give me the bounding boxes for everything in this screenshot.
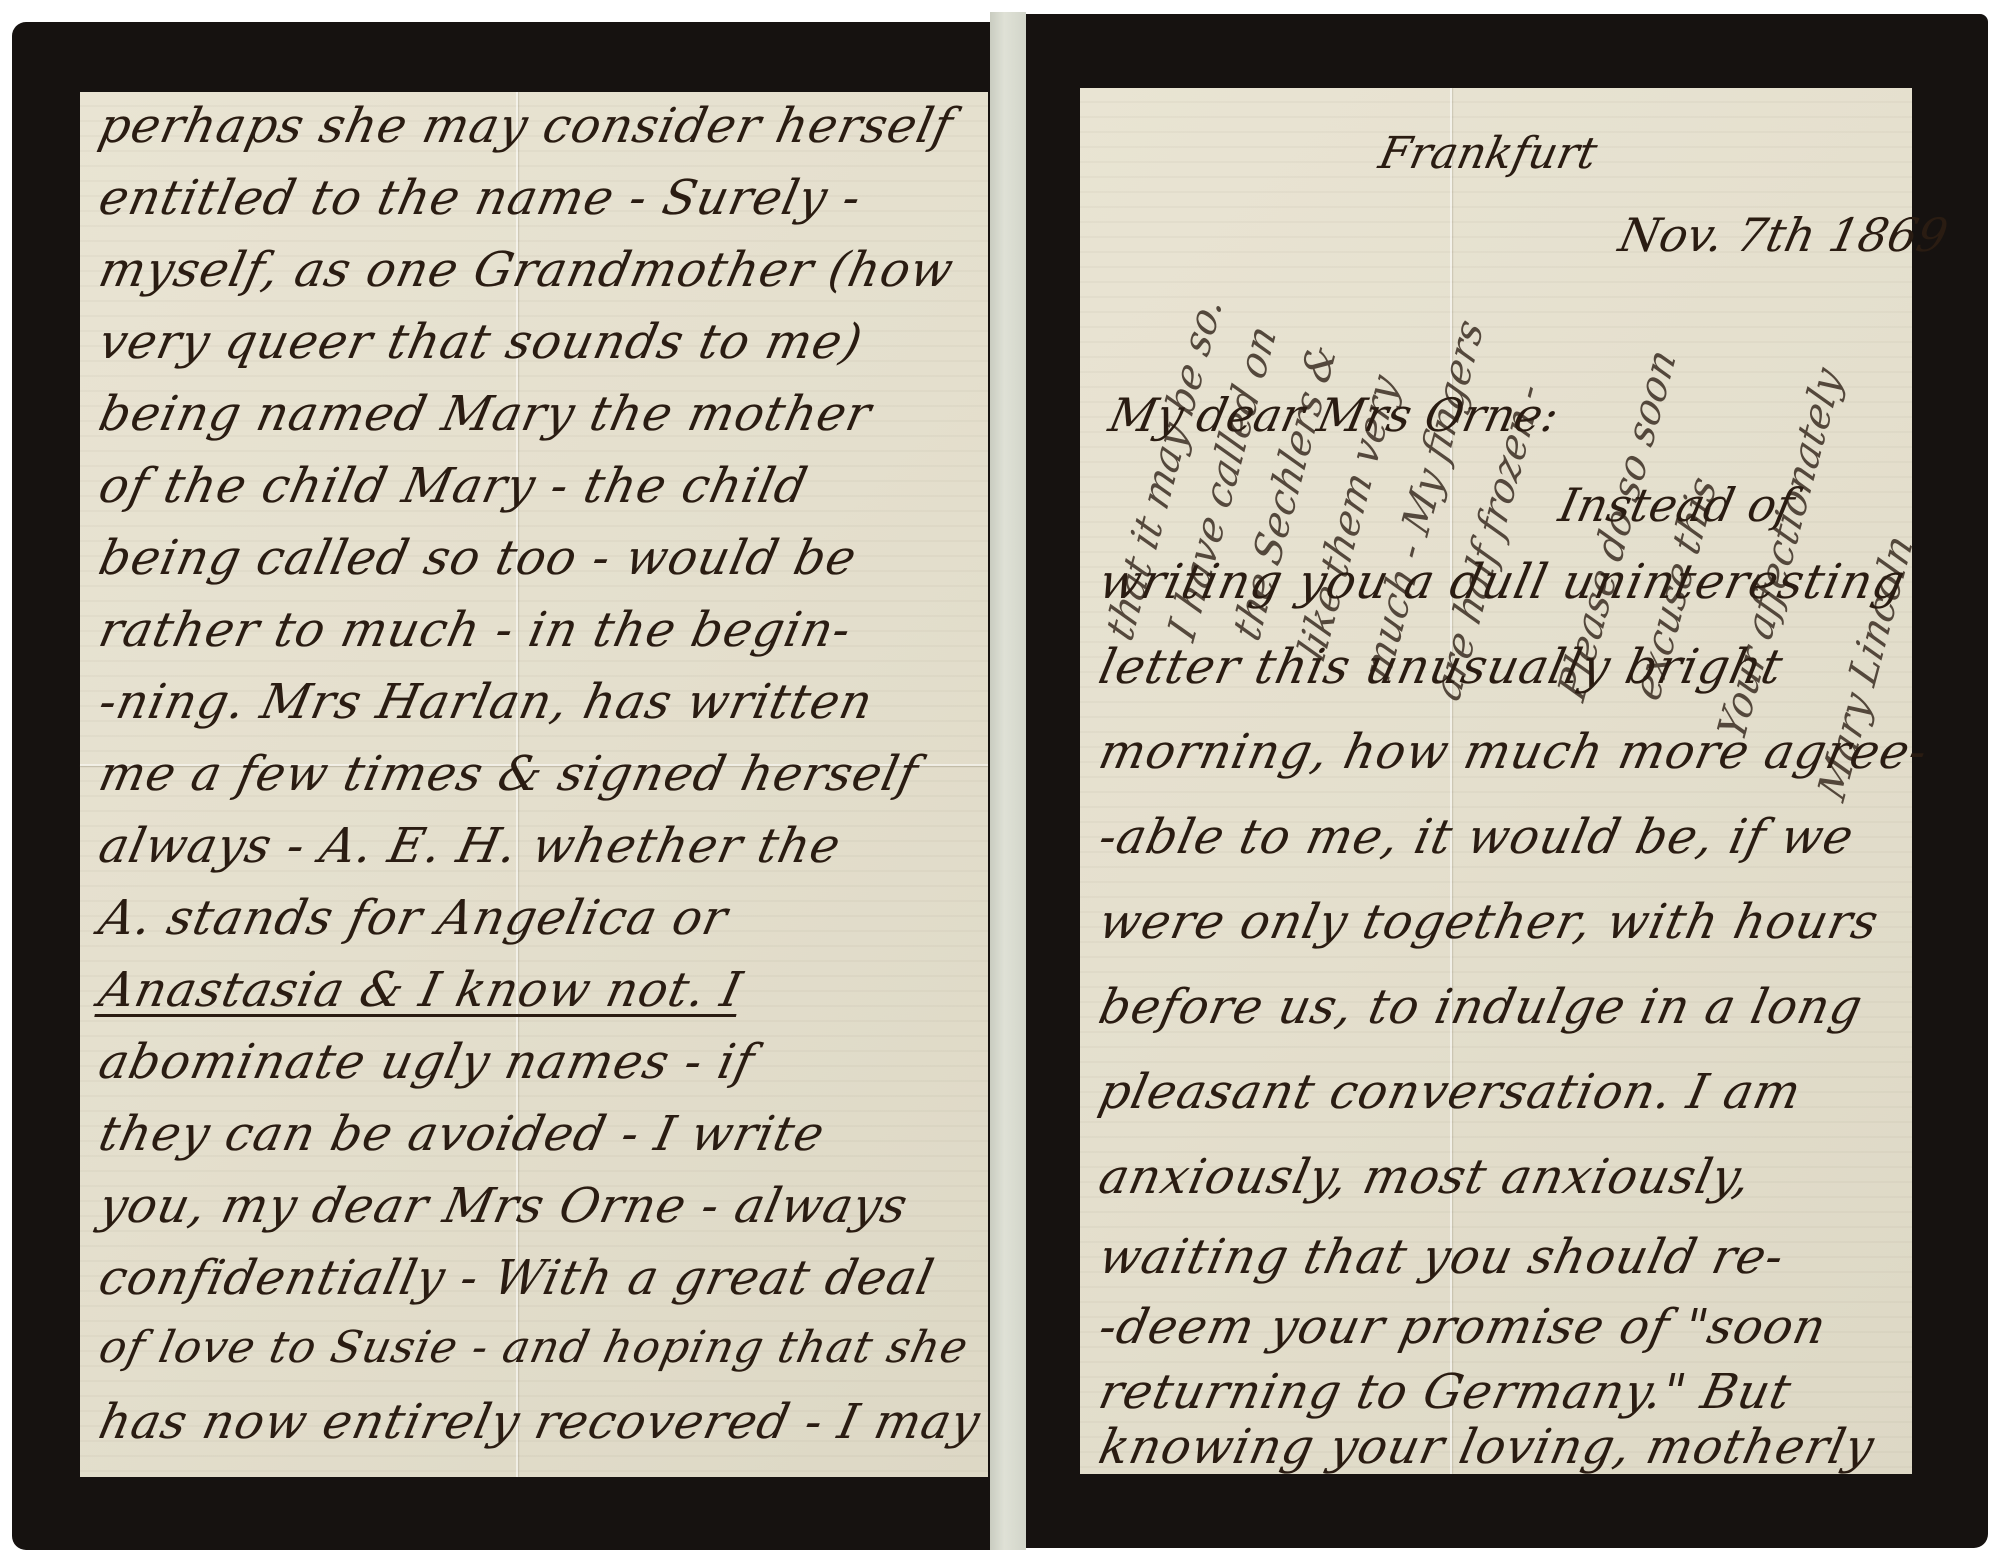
text-line: has now entirely recovered - I may	[95, 1398, 985, 1446]
text-line: being named Mary the mother	[95, 390, 876, 438]
text-line: anxiously, most anxiously,	[1095, 1153, 1756, 1201]
text-line: you, my dear Mrs Orne - always	[95, 1182, 912, 1230]
date-heading: Nov. 7th 1869	[1614, 208, 1952, 262]
text-line: me a few times & signed herself	[95, 750, 923, 798]
text-line: abominate ugly names - if	[95, 1038, 759, 1086]
opening-words: Instead of	[1554, 478, 1799, 532]
text-line: pleasant conversation. I am	[1095, 1068, 1806, 1116]
text-line: myself, as one Grandmother (how	[95, 246, 958, 294]
text-line: they can be avoided - I write	[95, 1110, 829, 1158]
text-line: knowing your loving, motherly	[1095, 1423, 1879, 1471]
text-line: perhaps she may consider herself	[95, 102, 958, 150]
text-line: Anastasia & I know not. I	[95, 966, 747, 1014]
right-page: that it may be so. I have called on the …	[1080, 88, 1912, 1474]
text-line: A. stands for Angelica or	[95, 894, 732, 942]
text-line: letter this unusually bright	[1095, 643, 1788, 691]
cross-line: much - My fingers	[1355, 312, 1493, 688]
center-gutter-strip	[990, 12, 1026, 1550]
text-line: being called so too - would be	[95, 534, 861, 582]
place-heading: Frankfurt	[1375, 128, 1602, 179]
text-line: of love to Susie - and hoping that she	[95, 1326, 972, 1370]
text-line: entitled to the name - Surely -	[95, 174, 866, 222]
text-line: confidentially - With a great deal	[95, 1254, 938, 1302]
text-line: waiting that you should re-	[1095, 1233, 1789, 1281]
text-line: -ning. Mrs Harlan, has written	[95, 678, 877, 726]
text-line: -deem your promise of "soon	[1095, 1303, 1831, 1351]
text-line: rather to much - in the begin-	[95, 606, 856, 654]
left-page: perhaps she may consider herself entitle…	[80, 92, 988, 1477]
text-line: were only together, with hours	[1095, 898, 1883, 946]
text-line: -able to me, it would be, if we	[1095, 813, 1858, 861]
text-line: morning, how much more agree-	[1095, 728, 1932, 776]
salutation: My dear Mrs Orne:	[1104, 388, 1563, 442]
text-line: before us, to indulge in a long	[1095, 983, 1867, 1031]
text-line: returning to Germany." But	[1095, 1368, 1796, 1416]
text-line: of the child Mary - the child	[95, 462, 812, 510]
text-line: writing you a dull uninteresting	[1095, 558, 1910, 606]
text-line: always - A. E. H. whether the	[95, 822, 845, 870]
text-line: very queer that sounds to me)	[95, 318, 867, 366]
